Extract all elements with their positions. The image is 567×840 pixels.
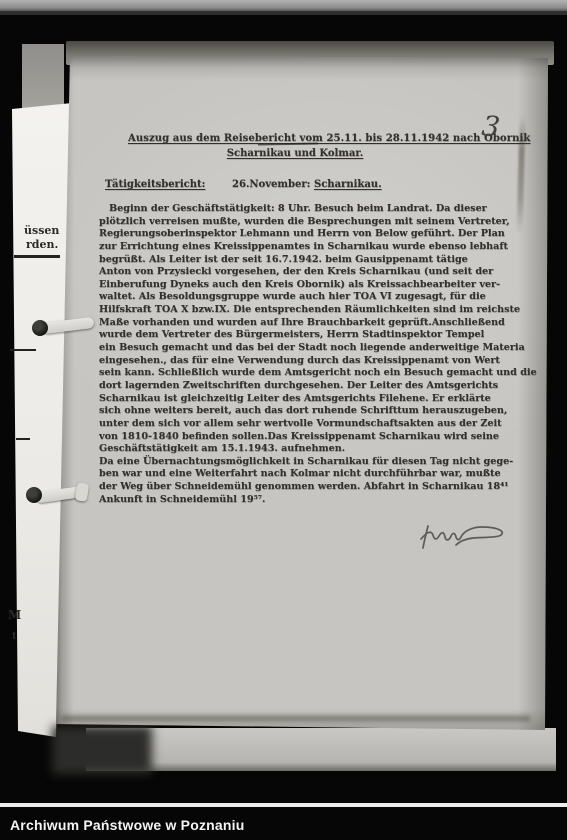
body-line: Ankunft in Schneidemühl 19⁵⁷. [99, 494, 531, 507]
scanner-top-strip [0, 0, 567, 11]
body-line: Maße vorhanden und wurden auf Ihre Brauc… [99, 317, 531, 330]
scanner-top-strip-shadow [0, 11, 567, 15]
body-line: ein Besuch gemacht und das bei der Stadt… [99, 342, 531, 355]
signature-scribble [412, 518, 516, 560]
body-line: zur Errichtung eines Kreissippenamtes in… [99, 241, 531, 254]
body-line: Anton von Przysiecki vorgesehen, der den… [99, 266, 531, 279]
underlay-fragment-text: üssen [24, 224, 59, 237]
report-type-label: Tätigkeitsbericht: [105, 179, 205, 190]
document-title-line2-text: Scharnikau und Kolmar. [227, 148, 363, 159]
body-line: Geschäftstätigkeit am 15.1.1943. aufnehm… [99, 443, 531, 456]
report-date: 26.November: [232, 179, 310, 190]
underlay-fragment-text: rden. [26, 238, 58, 251]
report-body-text: Beginn der Geschäftstätigkeit: 8 Uhr. Be… [99, 203, 531, 506]
bottom-shadow-blob [52, 726, 152, 774]
body-line: der Weg über Schneidemühl genommen werde… [99, 481, 531, 494]
underlay-fragment-text: M [8, 608, 21, 622]
body-line: Beginn der Geschäftstätigkeit: 8 Uhr. Be… [99, 203, 531, 216]
body-line: wurde dem Vertreter des Bürgermeisters, … [99, 329, 531, 342]
body-line: Scharnikau ist gleichzeitig Leiter des A… [99, 393, 531, 406]
watermark-divider-line [0, 803, 567, 807]
body-line: waltet. Als Besoldungsgruppe wurde auch … [99, 291, 531, 304]
archive-watermark: Archiwum Państwowe w Poznaniu [10, 817, 245, 833]
document-title-line1: Auszug aus dem Reisebericht vom 25.11. b… [128, 133, 528, 144]
punch-hole [32, 320, 48, 336]
body-line: Hilfskraft TOA X bzw.IX. Die entsprechen… [99, 304, 531, 317]
underlay-fragment-text: t [12, 631, 17, 642]
page-behind-left-tab [22, 44, 64, 112]
punch-hole [26, 487, 42, 503]
body-line: dort lagernden Zweitschriften durchgeseh… [99, 380, 531, 393]
body-line: sein kann. Schließlich wurde dem Amtsger… [99, 367, 531, 380]
horizontal-fold-crease [62, 714, 530, 723]
scanned-document-photo: üssen rden. M t Auszug aus dem Reiseberi… [0, 0, 567, 840]
body-line: unter dem sich vor allem sehr wertvolle … [99, 418, 531, 431]
body-line: Da eine Übernachtungsmöglichkeit in Scha… [99, 456, 531, 469]
underlay-rule [14, 255, 60, 258]
underlay-rule [10, 349, 36, 351]
body-line: plötzlich verreisen mußte, wurden die Be… [99, 216, 531, 229]
body-line: Einberufung Dyneks auch den Kreis Oborni… [99, 279, 531, 292]
body-line: sich ohne weiters bereit, auch das dort … [99, 405, 531, 418]
body-line: eingesehen., das für eine Verwendung dur… [99, 355, 531, 368]
body-line: ben war und eine Weiterfahrt nach Kolmar… [99, 468, 531, 481]
body-line: begrüßt. Als Leiter ist der seit 16.7.19… [99, 254, 531, 267]
report-place: Scharnikau. [314, 179, 382, 190]
body-line: von 1810-1840 befinden sollen.Das Kreiss… [99, 431, 531, 444]
document-title-line2: Scharnikau und Kolmar. [100, 148, 490, 159]
bottom-sheet-edge [86, 728, 556, 771]
body-line: Regierungsoberinspektor Lehmann und Herr… [99, 228, 531, 241]
underlay-rule [16, 438, 30, 440]
